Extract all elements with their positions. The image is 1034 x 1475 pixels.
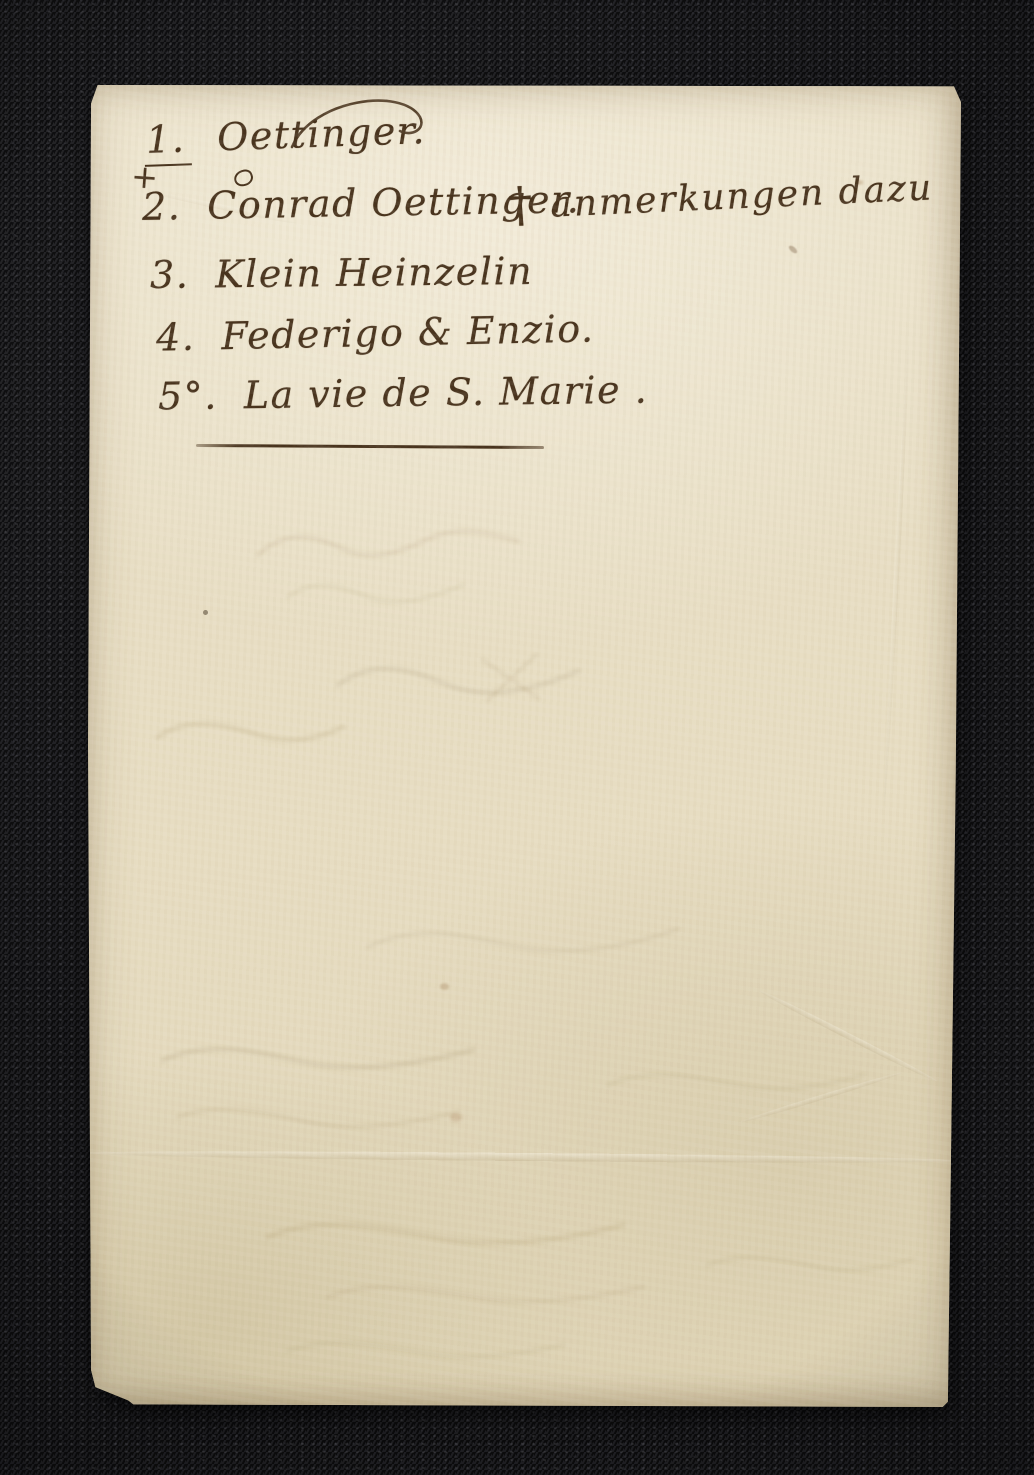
manuscript-sheet-wrap: 1. + Oettinger. 2.Conrad Oettinger. 3.Kl…: [88, 85, 961, 1407]
list-item-3-text: Klein Heinzelin: [215, 249, 533, 296]
list-number-1: 1. +: [143, 116, 192, 167]
list-number-1-text: 1.: [145, 116, 186, 161]
list-number-3: 3.: [150, 253, 190, 297]
list-line-4: 4.Federigo & Enzio.: [156, 306, 595, 359]
ink-smudge: [788, 244, 799, 254]
margin-annotation-text: anmerkungen dazu: [549, 167, 934, 225]
diagonal-crease: [758, 988, 939, 1084]
photo-backdrop-fabric: 1. + Oettinger. 2.Conrad Oettinger. 3.Kl…: [0, 0, 1034, 1475]
list-item-5-text: La vie de S. Marie .: [243, 368, 648, 418]
list-number-2: 2.: [142, 184, 182, 229]
list-number-5: 5°.: [158, 374, 218, 419]
list-line-3: 3.Klein Heinzelin: [150, 249, 533, 297]
ink-rule: [196, 444, 544, 449]
list-number-4: 4.: [156, 315, 196, 360]
margin-annotation: †anmerkungen dazu: [507, 155, 934, 230]
list-item-1-text: Oettinger.: [216, 108, 426, 159]
vertical-crease: [882, 345, 911, 805]
list-item-4-text: Federigo & Enzio.: [221, 306, 595, 358]
list-line-1: 1. + Oettinger.: [143, 108, 427, 167]
stain-spot: [440, 983, 449, 990]
diagonal-crease: [739, 1070, 903, 1124]
horizontal-fold-crease: [83, 1149, 963, 1165]
list-line-5: 5°.La vie de S. Marie .: [158, 368, 649, 419]
dagger-mark: †: [507, 176, 536, 233]
ink-speck: [203, 610, 208, 615]
stain-spot: [450, 1113, 462, 1122]
manuscript-page: 1. + Oettinger. 2.Conrad Oettinger. 3.Kl…: [88, 85, 961, 1407]
